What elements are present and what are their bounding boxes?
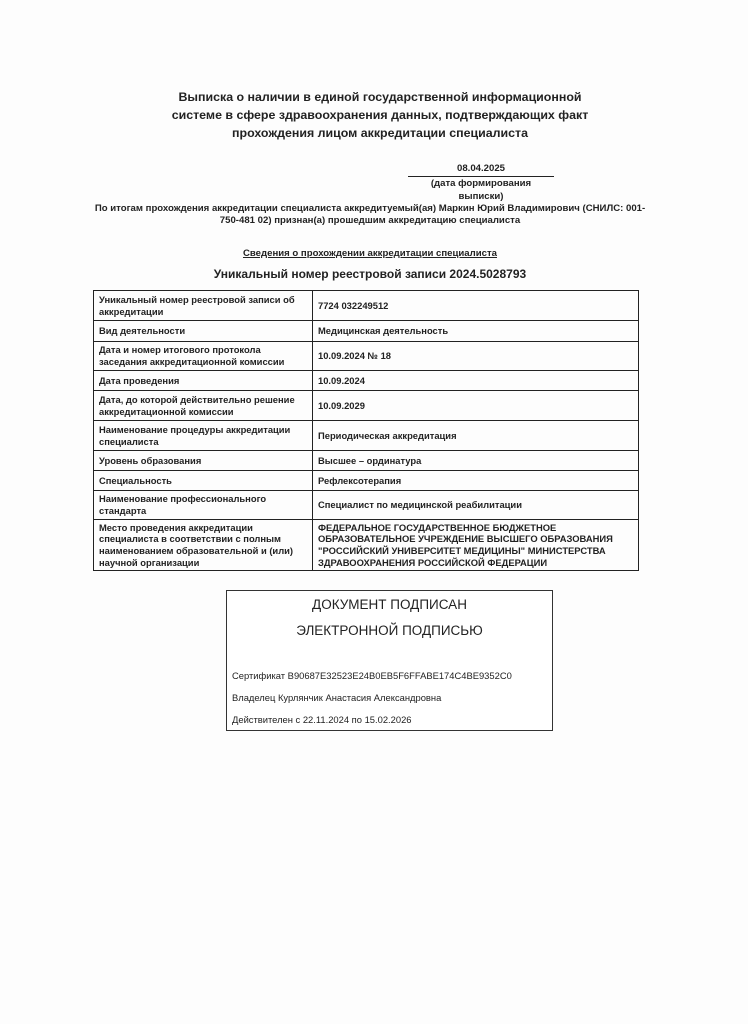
formation-date: 08.04.2025 bbox=[408, 163, 554, 177]
row-label: Уровень образования bbox=[94, 451, 313, 471]
table-row: Уровень образования Высшее – ординатура bbox=[94, 451, 639, 471]
table-row: Дата, до которой действительно решение а… bbox=[94, 391, 639, 421]
table-row: Наименование процедуры аккредитации спец… bbox=[94, 421, 639, 451]
intro-paragraph: По итогам прохождения аккредитации специ… bbox=[90, 203, 650, 227]
row-value: 10.09.2024 bbox=[313, 371, 639, 391]
document-page: Выписка о наличии в единой государственн… bbox=[0, 0, 748, 1024]
row-value: Специалист по медицинской реабилитации bbox=[313, 491, 639, 520]
table-row: Уникальный номер реестровой записи об ак… bbox=[94, 291, 639, 321]
table-row: Дата проведения 10.09.2024 bbox=[94, 371, 639, 391]
electronic-signature-stamp: ДОКУМЕНТ ПОДПИСАН ЭЛЕКТРОННОЙ ПОДПИСЬЮ С… bbox=[226, 590, 553, 731]
row-label: Специальность bbox=[94, 471, 313, 491]
signature-validity: Действителен с 22.11.2024 по 15.02.2026 bbox=[232, 714, 412, 726]
row-label: Дата и номер итогового протокола заседан… bbox=[94, 342, 313, 371]
formation-date-caption: (дата формирования выписки) bbox=[408, 177, 554, 203]
row-value: Высшее – ординатура bbox=[313, 451, 639, 471]
row-label: Уникальный номер реестровой записи об ак… bbox=[94, 291, 313, 321]
row-value: Рефлексотерапия bbox=[313, 471, 639, 491]
row-label: Дата, до которой действительно решение а… bbox=[94, 391, 313, 421]
row-value: Медицинская деятельность bbox=[313, 321, 639, 342]
document-title: Выписка о наличии в единой государственн… bbox=[150, 88, 610, 142]
table-row: Вид деятельности Медицинская деятельност… bbox=[94, 321, 639, 342]
signature-heading-line1: ДОКУМЕНТ ПОДПИСАН bbox=[227, 597, 552, 613]
row-label: Вид деятельности bbox=[94, 321, 313, 342]
table-row: Наименование профессионального стандарта… bbox=[94, 491, 639, 520]
section-heading: Сведения о прохождении аккредитации спец… bbox=[180, 248, 560, 259]
signature-certificate: Сертификат B90687E32523E24B0EB5F6FFABE17… bbox=[232, 670, 512, 682]
table-row: Место проведения аккредитации специалист… bbox=[94, 520, 639, 571]
row-value: ФЕДЕРАЛЬНОЕ ГОСУДАРСТВЕННОЕ БЮДЖЕТНОЕ ОБ… bbox=[313, 520, 639, 571]
row-value: 10.09.2024 № 18 bbox=[313, 342, 639, 371]
title-line: системе в сфере здравоохранения данных, … bbox=[150, 106, 610, 124]
row-value: Периодическая аккредитация bbox=[313, 421, 639, 451]
signature-owner: Владелец Курлянчик Анастасия Александров… bbox=[232, 692, 441, 704]
row-value: 10.09.2029 bbox=[313, 391, 639, 421]
table-row: Специальность Рефлексотерапия bbox=[94, 471, 639, 491]
registry-heading: Уникальный номер реестровой записи 2024.… bbox=[170, 267, 570, 281]
title-line: Выписка о наличии в единой государственн… bbox=[150, 88, 610, 106]
row-label: Наименование профессионального стандарта bbox=[94, 491, 313, 520]
table-row: Дата и номер итогового протокола заседан… bbox=[94, 342, 639, 371]
row-label: Место проведения аккредитации специалист… bbox=[94, 520, 313, 571]
accreditation-table: Уникальный номер реестровой записи об ак… bbox=[93, 290, 639, 571]
signature-heading-line2: ЭЛЕКТРОННОЙ ПОДПИСЬЮ bbox=[227, 623, 552, 639]
row-label: Наименование процедуры аккредитации спец… bbox=[94, 421, 313, 451]
row-label: Дата проведения bbox=[94, 371, 313, 391]
row-value: 7724 032249512 bbox=[313, 291, 639, 321]
formation-date-block: 08.04.2025 (дата формирования выписки) bbox=[408, 163, 554, 203]
title-line: прохождения лицом аккредитации специалис… bbox=[150, 124, 610, 142]
